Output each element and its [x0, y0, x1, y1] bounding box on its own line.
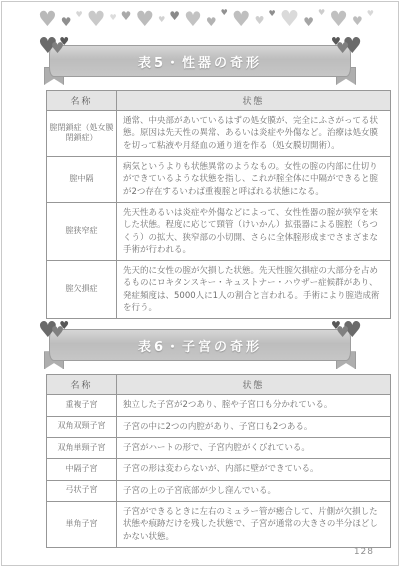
heart-icon: ♥ [255, 15, 265, 26]
heart-icon: ♥ [232, 9, 251, 30]
row-state: 先天的に女性の腟が欠損した状態。先天性腟欠損症の大部分を占めるものにロキタンスキ… [117, 261, 391, 319]
column-header-state: 状態 [117, 91, 391, 111]
table-row: 腟狭窄症 先天性あるいは炎症や外傷などによって、女性性器の腟が狭窄を来した状態。… [47, 202, 391, 260]
heart-icon: ♥ [331, 320, 341, 331]
column-header-name: 名称 [47, 91, 117, 111]
table-row: 中隔子宮 子宮の形は変わらないが、内部に壁ができている。 [47, 459, 391, 480]
heart-icon: ♥ [318, 9, 325, 17]
page-number: 128 [354, 547, 374, 557]
heart-icon: ♥ [331, 36, 341, 47]
heart-icon: ♥ [135, 9, 154, 30]
row-name: 腟中隔 [47, 156, 117, 202]
heart-icon: ♥ [280, 9, 300, 31]
row-name: 双角双頸子宮 [47, 416, 117, 437]
heart-icon: ♥ [61, 16, 72, 28]
heart-icon: ♥ [184, 9, 202, 29]
heart-cluster-icon: ♥♥♥ [38, 320, 69, 342]
heart-cluster-icon: ♥♥♥ [38, 36, 69, 58]
table5-title: 表5・性器の奇形 [138, 52, 262, 71]
row-name: 腟欠損症 [47, 261, 117, 319]
row-state: 通常、中央部があいているはずの処女膜が、完全にふさがってる状態。原因は先天性の異… [117, 111, 391, 157]
table-row: 双角単頸子宮 子宮がハートの形で、子宮内腔がくびれている。 [47, 438, 391, 459]
table-row: 腟閉鎖症（処女膜閉鎖症） 通常、中央部があいているはずの処女膜が、完全にふさがっ… [47, 111, 391, 157]
column-header-name: 名称 [47, 375, 117, 395]
hearts-border: ♥♥♥♥♥♥♥♥♥♥♥♥♥♥♥♥♥♥♥♥♥ [38, 9, 374, 35]
table5: 名称 状態 腟閉鎖症（処女膜閉鎖症） 通常、中央部があいているはずの処女膜が、完… [46, 90, 391, 319]
row-name: 単角子宮 [47, 501, 117, 547]
row-state: 子宮の上の子宮底部が少し窪んでいる。 [117, 480, 391, 501]
row-name: 中隔子宮 [47, 459, 117, 480]
heart-icon: ♥ [303, 16, 314, 28]
heart-icon: ♥ [59, 36, 69, 47]
heart-icon: ♥ [59, 320, 69, 331]
heart-icon: ♥ [352, 15, 363, 27]
table-row: 腟中隔 病気というよりも状態異常のようなもの。女性の腟の内部に仕切りができている… [47, 156, 391, 202]
heart-icon: ♥ [221, 9, 228, 17]
banner-table5: ♥♥♥ 表5・性器の奇形 ♥♥♥ [49, 45, 351, 77]
row-state: 先天性あるいは炎症や外傷などによって、女性性器の腟が狭窄を来した状態。程度に応じ… [117, 202, 391, 260]
heart-icon: ♥ [87, 9, 106, 30]
heart-icon: ♥ [121, 10, 132, 22]
heart-cluster-icon: ♥♥♥ [331, 320, 362, 342]
heart-icon: ♥ [367, 10, 374, 18]
row-name: 双角単頸子宮 [47, 438, 117, 459]
row-name: 弓状子宮 [47, 480, 117, 501]
row-state: 子宮の形は変わらないが、内部に壁ができている。 [117, 459, 391, 480]
heart-icon: ♥ [38, 9, 57, 30]
table-row: 単角子宮 子宮ができるときに左右のミュラー管が癒合して、片側が欠損した状態や痕跡… [47, 501, 391, 547]
heart-icon: ♥ [109, 14, 116, 22]
row-state: 子宮ができるときに左右のミュラー管が癒合して、片側が欠損した状態や痕跡だけを残し… [117, 501, 391, 547]
table-header-row: 名称 状態 [47, 375, 391, 395]
table-row: 腟欠損症 先天的に女性の腟が欠損した状態。先天性腟欠損症の大部分を占めるものにロ… [47, 261, 391, 319]
heart-icon: ♥ [268, 10, 275, 18]
table-header-row: 名称 状態 [47, 91, 391, 111]
banner-table6: ♥♥♥ 表6・子宮の奇形 ♥♥♥ [49, 329, 351, 361]
heart-icon: ♥ [76, 11, 83, 19]
table-row: 弓状子宮 子宮の上の子宮底部が少し窪んでいる。 [47, 480, 391, 501]
row-name: 腟閉鎖症（処女膜閉鎖症） [47, 111, 117, 157]
row-name: 腟狭窄症 [47, 202, 117, 260]
row-state: 独立した子宮が2つあり、腟や子宮口も分かれている。 [117, 395, 391, 416]
heart-cluster-icon: ♥♥♥ [331, 36, 362, 58]
table-row: 重複子宮 独立した子宮が2つあり、腟や子宮口も分かれている。 [47, 395, 391, 416]
row-name: 重複子宮 [47, 395, 117, 416]
row-state: 病気というよりも状態異常のようなもの。女性の腟の内部に仕切りができているような状… [117, 156, 391, 202]
column-header-state: 状態 [117, 375, 391, 395]
table6: 名称 状態 重複子宮 独立した子宮が2つあり、腟や子宮口も分かれている。 双角双… [46, 374, 391, 548]
row-state: 子宮がハートの形で、子宮内腔がくびれている。 [117, 438, 391, 459]
table6-title: 表6・子宮の奇形 [138, 336, 262, 355]
heart-icon: ♥ [329, 9, 348, 30]
table-row: 双角双頸子宮 子宮の中に2つの内腔があり、子宮口も2つある。 [47, 416, 391, 437]
heart-icon: ♥ [169, 10, 180, 22]
heart-icon: ♥ [158, 16, 165, 24]
row-state: 子宮の中に2つの内腔があり、子宮口も2つある。 [117, 416, 391, 437]
heart-icon: ♥ [206, 16, 217, 28]
